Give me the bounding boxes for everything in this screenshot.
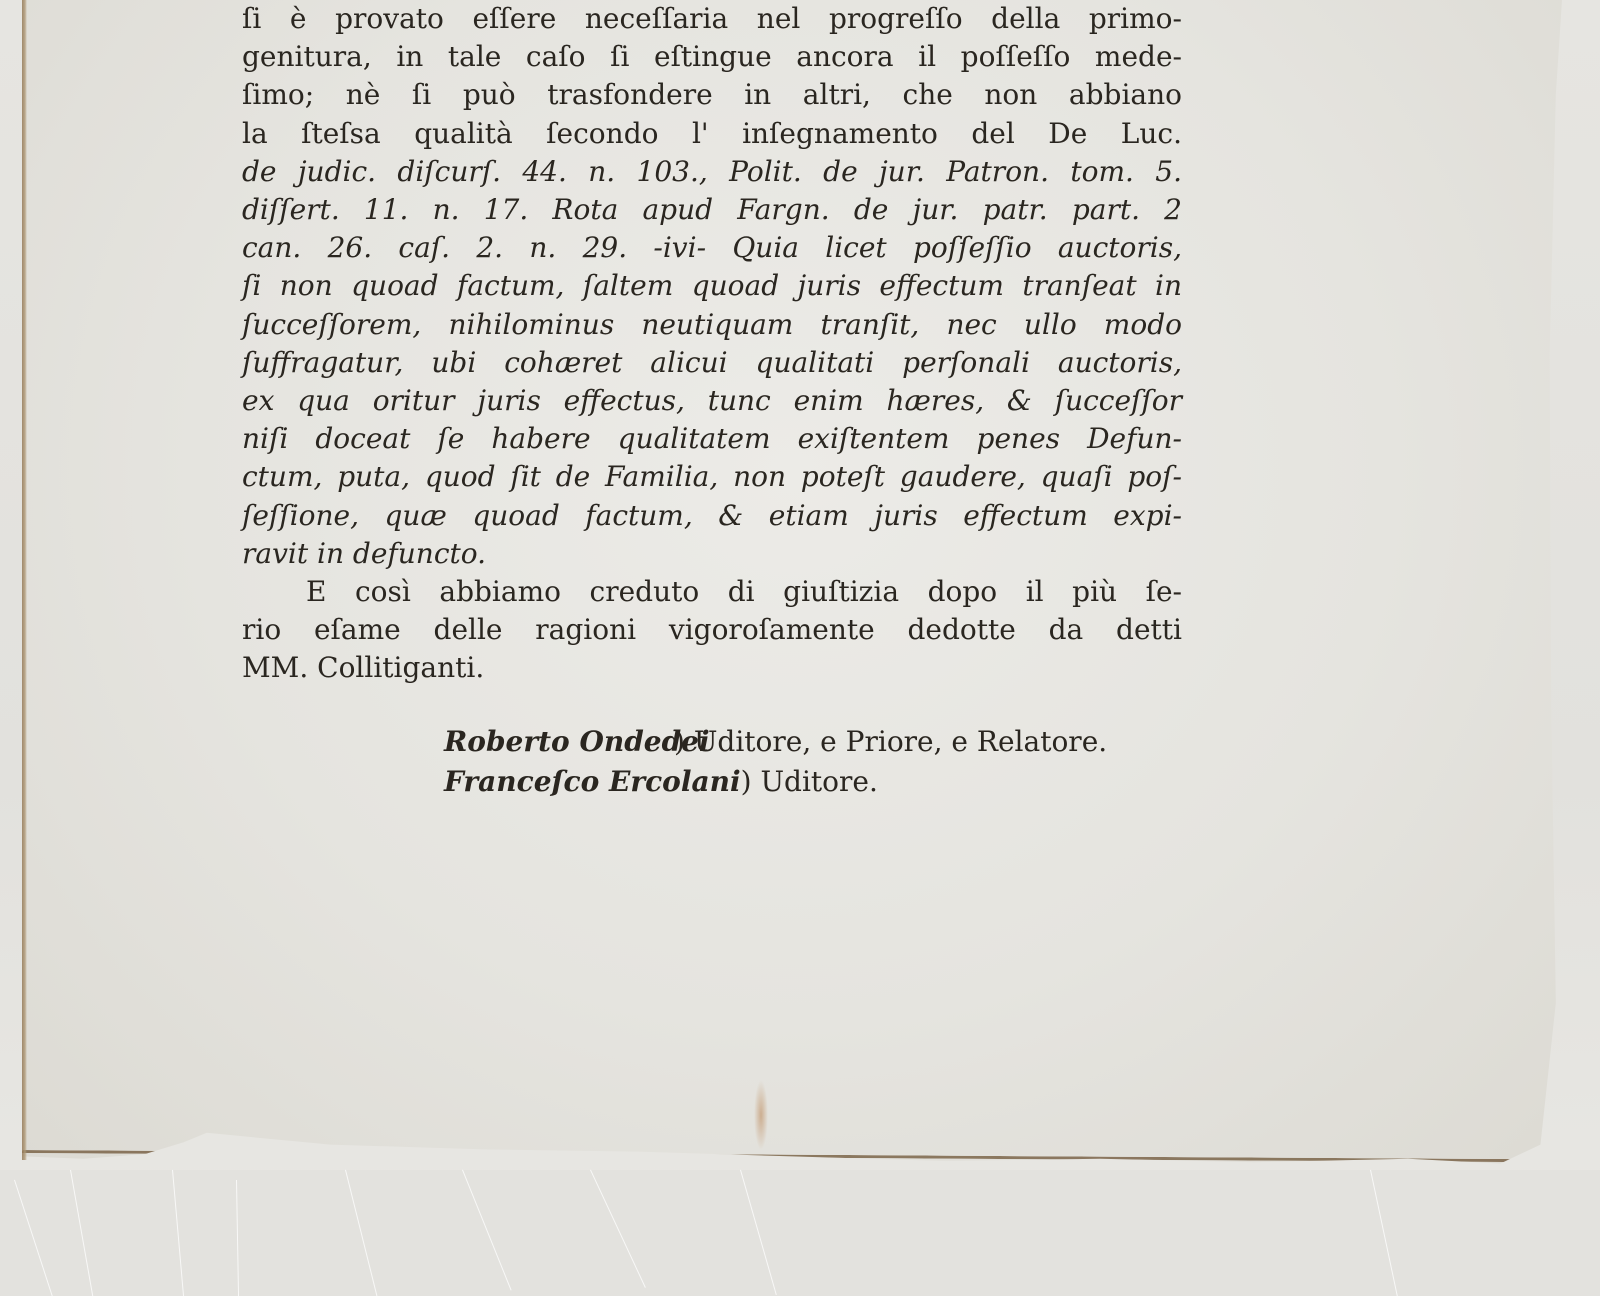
signatory-role: ) Uditore, e Priore, e Relatore. xyxy=(674,722,1107,762)
citation-line: can. 26. caſ. 2. n. 29. -ivi- Quia licet… xyxy=(242,229,1182,267)
paragraph-2: E così abbiamo creduto di giuſtizia dopo… xyxy=(242,573,1182,688)
scratch-mark xyxy=(70,1170,94,1296)
scratch-mark xyxy=(590,1170,646,1288)
text-line: rio eſame delle ragioni vigoroſamente de… xyxy=(242,611,1182,649)
citation-line: de judic. diſcurſ. 44. n. 103., Polit. d… xyxy=(242,153,1182,191)
scratch-mark xyxy=(740,1170,777,1295)
page-left-edge xyxy=(22,0,27,1160)
citation-line: ſi non quoad factum, ſaltem quoad juris … xyxy=(242,267,1182,305)
foxing-stain xyxy=(754,1080,768,1150)
citation-line: ſuffragatur, ubi cohæret alicui qualitat… xyxy=(242,344,1182,382)
body-text: in questi ultimi, ſi è provato eſſere ne… xyxy=(242,0,1182,688)
citation-line: ex qua oritur juris effectus, tunc enim … xyxy=(242,382,1182,420)
text-line: genitura, in tale caſo ſi eſtingue ancor… xyxy=(242,38,1182,76)
text-line: ſi è provato eſſere neceſſaria nel progr… xyxy=(242,0,1182,38)
scratch-mark xyxy=(236,1180,239,1296)
citation-line: ravit in defuncto. xyxy=(242,535,1182,573)
text-line: MM. Collitiganti. xyxy=(242,649,1182,687)
scratch-mark xyxy=(1370,1170,1398,1296)
underlying-sheet xyxy=(0,1170,1600,1296)
signatory-name: Roberto Ondedei xyxy=(444,722,674,762)
photo-scene: in questi ultimi, ſi è provato eſſere ne… xyxy=(0,0,1600,1296)
citation-line: ſeſſione, quæ quoad factum, & etiam juri… xyxy=(242,497,1182,535)
citation-line: ctum, puta, quod ſit de Familia, non pot… xyxy=(242,458,1182,496)
scratch-mark xyxy=(345,1170,377,1296)
citation-line: niſi doceat ſe habere qualitatem exiſten… xyxy=(242,420,1182,458)
text-line: la ſteſsa qualità ſecondo l' inſegnament… xyxy=(242,115,1182,153)
scratch-mark xyxy=(462,1170,512,1291)
citation-line: ſucceſſorem, nihilominus neutiquam tranſ… xyxy=(242,306,1182,344)
signatory-role: ) Uditore. xyxy=(741,762,878,802)
signature-row: Franceſco Ercolani ) Uditore. xyxy=(444,762,1107,802)
signature-row: Roberto Ondedei ) Uditore, e Priore, e R… xyxy=(444,722,1107,762)
scratch-mark xyxy=(172,1170,184,1296)
text-line: ſimo; nè ſi può trasfondere in altri, ch… xyxy=(242,76,1182,114)
citation-line: diſſert. 11. n. 17. Rota apud Fargn. de … xyxy=(242,191,1182,229)
text-line: E così abbiamo creduto di giuſtizia dopo… xyxy=(242,573,1182,611)
signatory-name: Franceſco Ercolani xyxy=(444,762,741,802)
paragraph-1: ſi è provato eſſere neceſſaria nel progr… xyxy=(242,0,1182,573)
scratch-mark xyxy=(14,1180,55,1296)
signature-block: Roberto Ondedei ) Uditore, e Priore, e R… xyxy=(444,722,1107,802)
